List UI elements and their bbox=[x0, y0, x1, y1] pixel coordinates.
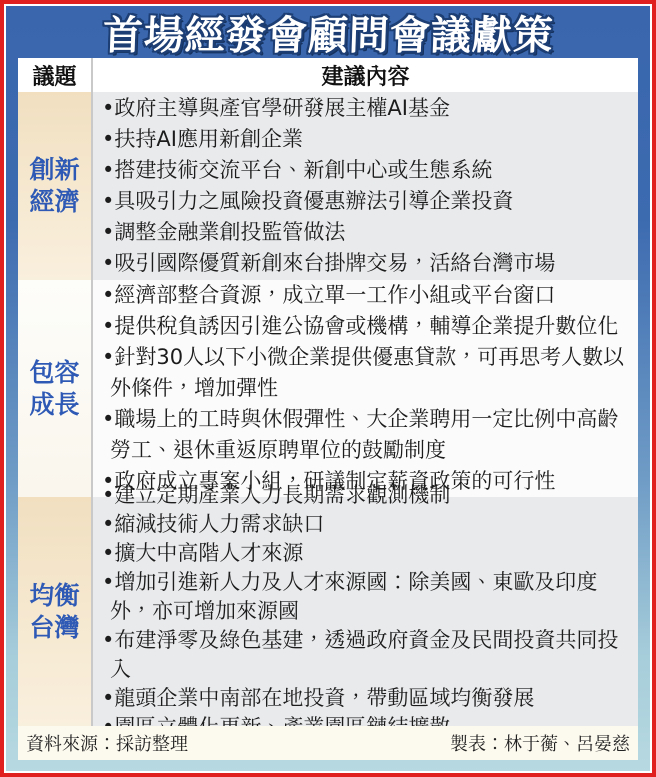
suggestion-item: 調整金融業創投監管做法 bbox=[102, 217, 632, 248]
suggestion-item: 吸引國際優質新創來台掛牌交易，活絡台灣市場 bbox=[102, 248, 632, 279]
blue-gradient-canvas: 首場經發會顧問會議獻策 議題 建議內容 創新經濟 政府主導與產官學研發展主權AI… bbox=[4, 4, 652, 773]
suggestion-item: 扶持AI應用新創企業 bbox=[102, 124, 632, 155]
footer-bar: 資料來源：採訪整理 製表：林于蘅、呂晏慈 bbox=[18, 726, 638, 760]
topic-label: 均衡台灣 bbox=[28, 580, 82, 644]
credit-text: 製表：林于蘅、呂晏慈 bbox=[450, 730, 630, 756]
suggestion-item: 建立定期產業人力長期需求觀測機制 bbox=[102, 481, 632, 510]
source-text: 資料來源：採訪整理 bbox=[26, 730, 188, 756]
content-cell: 政府主導與產官學研發展主權AI基金 扶持AI應用新創企業 搭建技術交流平台、新創… bbox=[93, 92, 638, 280]
table-header-row: 議題 建議內容 bbox=[18, 58, 638, 92]
suggestion-item: 龍頭企業中南部在地投資，帶動區域均衡發展 bbox=[102, 684, 632, 713]
page-title: 首場經發會顧問會議獻策 bbox=[102, 4, 555, 61]
title-banner: 首場經發會顧問會議獻策 bbox=[6, 6, 650, 58]
table-row-inclusive-growth: 包容成長 經濟部整合資源，成立單一工作小組或平台窗口 提供稅負誘因引進公協會或機… bbox=[18, 280, 638, 497]
suggestion-list: 建立定期產業人力長期需求觀測機制 縮減技術人力需求缺口 擴大中高階人才來源 增加… bbox=[93, 481, 638, 742]
suggestion-item: 提供稅負誘因引進公協會或機構，輔導企業提升數位化 bbox=[102, 311, 632, 342]
topic-cell: 包容成長 bbox=[18, 280, 93, 497]
topic-label: 包容成長 bbox=[28, 357, 82, 421]
suggestion-item: 針對30人以下小微企業提供優惠貸款，可再思考人數以外條件，增加彈性 bbox=[102, 342, 632, 404]
suggestion-list: 經濟部整合資源，成立單一工作小組或平台窗口 提供稅負誘因引進公協會或機構，輔導企… bbox=[93, 280, 638, 497]
suggestion-item: 搭建技術交流平台、新創中心或生態系統 bbox=[102, 155, 632, 186]
content-cell: 建立定期產業人力長期需求觀測機制 縮減技術人力需求缺口 擴大中高階人才來源 增加… bbox=[93, 497, 638, 726]
suggestion-item: 增加引進新人力及人才來源國：除美國、東歐及印度外，亦可增加來源國 bbox=[102, 568, 632, 626]
content-cell: 經濟部整合資源，成立單一工作小組或平台窗口 提供稅負誘因引進公協會或機構，輔導企… bbox=[93, 280, 638, 497]
content-header-cell: 建議內容 bbox=[93, 58, 638, 92]
suggestion-item: 具吸引力之風險投資優惠辦法引導企業投資 bbox=[102, 186, 632, 217]
suggestion-item: 擴大中高階人才來源 bbox=[102, 539, 632, 568]
table-row-balanced-taiwan: 均衡台灣 建立定期產業人力長期需求觀測機制 縮減技術人力需求缺口 擴大中高階人才… bbox=[18, 497, 638, 726]
red-outer-frame: 首場經發會顧問會議獻策 議題 建議內容 創新經濟 政府主導與產官學研發展主權AI… bbox=[0, 0, 656, 777]
suggestion-item: 布建淨零及綠色基建，透過政府資金及民間投資共同投入 bbox=[102, 626, 632, 684]
table-row-innovation-economy: 創新經濟 政府主導與產官學研發展主權AI基金 扶持AI應用新創企業 搭建技術交流… bbox=[18, 92, 638, 280]
topic-label: 創新經濟 bbox=[28, 154, 82, 218]
topic-cell: 創新經濟 bbox=[18, 92, 93, 280]
topic-header-cell: 議題 bbox=[18, 58, 93, 92]
suggestion-item: 縮減技術人力需求缺口 bbox=[102, 510, 632, 539]
topic-cell: 均衡台灣 bbox=[18, 497, 93, 726]
suggestion-item: 政府主導與產官學研發展主權AI基金 bbox=[102, 93, 632, 124]
suggestion-list: 政府主導與產官學研發展主權AI基金 扶持AI應用新創企業 搭建技術交流平台、新創… bbox=[93, 93, 638, 279]
suggestion-item: 經濟部整合資源，成立單一工作小組或平台窗口 bbox=[102, 280, 632, 311]
suggestions-table: 議題 建議內容 創新經濟 政府主導與產官學研發展主權AI基金 扶持AI應用新創企… bbox=[18, 58, 638, 760]
suggestion-item: 職場上的工時與休假彈性、大企業聘用一定比例中高齡勞工、退休重返原聘單位的鼓勵制度 bbox=[102, 404, 632, 466]
